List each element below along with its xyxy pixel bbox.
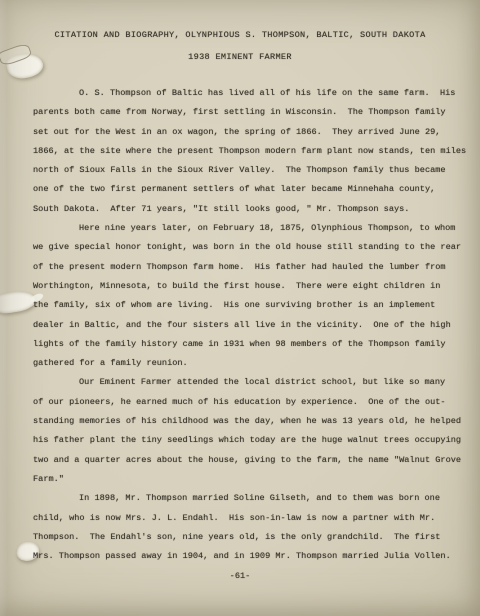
text-line: two and a quarter acres about the house,… bbox=[33, 451, 463, 470]
heading-line-2: 1938 EMINENT FARMER bbox=[0, 46, 480, 68]
text-line: South Dakota. After 71 years, "It still … bbox=[33, 200, 463, 219]
text-line: Worthington, Minnesota, to build the fir… bbox=[33, 277, 463, 296]
text-line: parents both came from Norway, first set… bbox=[33, 103, 463, 122]
text-line: In 1898, Mr. Thompson married Soline Gil… bbox=[33, 489, 463, 508]
text-line: Our Eminent Farmer attended the local di… bbox=[33, 373, 463, 392]
text-line: 1866, at the site where the present Thom… bbox=[33, 142, 463, 161]
scanned-document-page: CITATION AND BIOGRAPHY, OLYNPHIOUS S. TH… bbox=[0, 0, 480, 616]
text-line: Thompson. The Endahl's son, nine years o… bbox=[33, 528, 463, 547]
document-body: O. S. Thompson of Baltic has lived all o… bbox=[33, 84, 463, 566]
heading-line-1: CITATION AND BIOGRAPHY, OLYNPHIOUS S. TH… bbox=[0, 24, 480, 46]
text-line: of the present modern Thompson farm home… bbox=[33, 258, 463, 277]
paper-tear-artifact-middle bbox=[0, 289, 37, 315]
text-line: north of Sioux Falls in the Sioux River … bbox=[33, 161, 463, 180]
document-heading: CITATION AND BIOGRAPHY, OLYNPHIOUS S. TH… bbox=[0, 24, 480, 68]
text-line: of our pioneers, he earned much of his e… bbox=[33, 393, 463, 412]
text-line: the family, six of whom are living. His … bbox=[33, 296, 463, 315]
text-line: one of the two first permanent settlers … bbox=[33, 180, 463, 199]
text-line: O. S. Thompson of Baltic has lived all o… bbox=[33, 84, 463, 103]
page-number: -61- bbox=[0, 569, 480, 583]
text-line: Mrs. Thompson passed away in 1904, and i… bbox=[33, 547, 463, 566]
text-line: standing memories of his childhood was t… bbox=[33, 412, 463, 431]
text-line: we give special honor tonight, was born … bbox=[33, 238, 463, 257]
text-line: Farm." bbox=[33, 470, 463, 489]
text-line: set out for the West in an ox wagon, the… bbox=[33, 123, 463, 142]
text-line: his father plant the tiny seedlings whic… bbox=[33, 431, 463, 450]
text-line: gathered for a family reunion. bbox=[33, 354, 463, 373]
text-line: Here nine years later, on February 18, 1… bbox=[33, 219, 463, 238]
text-line: dealer in Baltic, and the four sisters a… bbox=[33, 316, 463, 335]
text-line: child, who is now Mrs. J. L. Endahl. His… bbox=[33, 509, 463, 528]
text-line: lights of the family history came in 193… bbox=[33, 335, 463, 354]
